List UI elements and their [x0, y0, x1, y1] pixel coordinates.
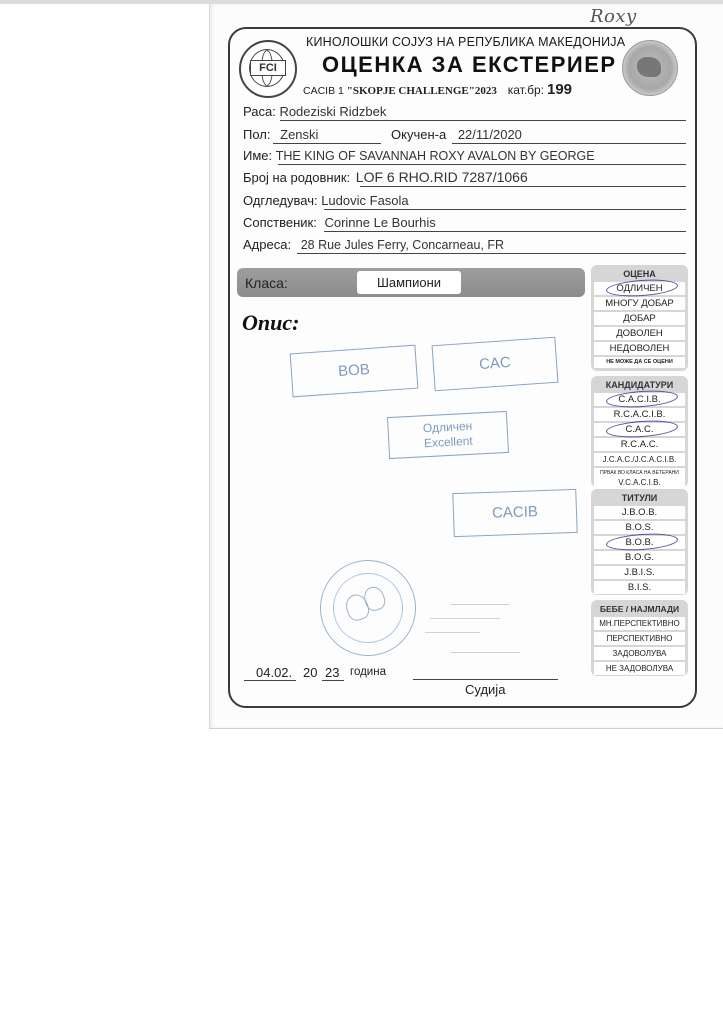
form-title: ОЦЕНКА ЗА ЕКСТЕРИЕР — [322, 52, 617, 78]
born-field: Окучен-а 22/11/2020 — [391, 127, 522, 142]
address-value: 28 Rue Jules Ferry, Concarneau, FR — [301, 238, 504, 252]
organization-name: КИНОЛОШКИ СОЈУЗ НА РЕПУБЛИКА МАКЕДОНИЈА — [306, 35, 625, 49]
candidacies-panel: КАНДИДАТУРИ C.A.C.I.B. R.C.A.C.I.B. C.A.… — [591, 376, 688, 487]
catalog-label: кат.бр: — [508, 83, 544, 97]
name-field: Име: THE KING OF SAVANNAH ROXY AVALON BY… — [243, 148, 595, 163]
show-info: CACIB 1 "SKOPJE CHALLENGE"2023 кат.бр: 1… — [303, 81, 572, 98]
cac-stamp: CAC — [432, 337, 559, 392]
owner-label: Сопственик: — [243, 215, 317, 230]
address-underline — [297, 253, 686, 254]
pedigree-value: LOF 6 RHO.RID 7287/1066 — [356, 169, 528, 185]
title-jbis: J.B.I.S. — [594, 566, 685, 579]
born-label: Окучен-а — [391, 127, 446, 142]
grade-excellent-selected: ОДЛИЧЕН — [594, 282, 685, 295]
excellent-stamp: Одличен Excellent — [387, 411, 509, 459]
fci-logo-icon: FCI — [239, 40, 297, 98]
breed-field: Раса: Rodeziski Ridzbek — [243, 104, 386, 119]
sex-label: Пол: — [243, 127, 271, 142]
bob-stamp: BOB — [290, 345, 419, 398]
pedigree-field: Број на родовник: LOF 6 RHO.RID 7287/106… — [243, 169, 528, 185]
date-day-month: 04.02. — [256, 665, 292, 680]
judge-name-stamp — [420, 596, 530, 666]
cand-veteran: ПРВАК ВО КЛАСА НА ВЕТЕРАНИ V.C.A.C.I.B. — [594, 468, 685, 488]
judge-label: Судија — [465, 682, 505, 697]
baby-satisfactory: ЗАДОВОЛУВА — [594, 647, 685, 660]
sex-value: Zenski — [280, 127, 318, 142]
judge-signature-line — [413, 679, 558, 680]
show-name: "SKOPJE CHALLENGE"2023 — [347, 85, 497, 97]
class-value: Шампиони — [357, 271, 461, 294]
year-underline — [322, 680, 344, 681]
baby-very-promising: МН.ПЕРСПЕКТИВНО — [594, 617, 685, 630]
year-label: година — [350, 666, 386, 678]
babies-panel: БЕБЕ / НАЈМЛАДИ МН.ПЕРСПЕКТИВНО ПЕРСПЕКТ… — [591, 600, 688, 676]
title-bog: B.O.G. — [594, 551, 685, 564]
babies-panel-title: БЕБЕ / НАЈМЛАДИ — [594, 603, 685, 615]
born-underline — [452, 143, 686, 144]
veteran-note: ПРВАК ВО КЛАСА НА ВЕТЕРАНИ — [594, 469, 685, 478]
grade-cannot-be-judged: НЕ МОЖЕ ДА СЕ ОЦЕНИ — [594, 357, 685, 368]
owner-field: Сопственик: Corinne Le Bourhis — [243, 215, 436, 230]
handwritten-note: Roxy — [590, 6, 637, 27]
cacib-stamp: CACIB — [452, 489, 577, 537]
year-suffix: 23 — [325, 665, 339, 680]
description-label: Опис: — [242, 310, 299, 336]
breeder-value: Ludovic Fasola — [321, 193, 408, 208]
breeder-field: Одгледувач: Ludovic Fasola — [243, 193, 409, 208]
pedigree-label: Број на родовник: — [243, 170, 350, 185]
baby-promising: ПЕРСПЕКТИВНО — [594, 632, 685, 645]
owner-value: Corinne Le Bourhis — [324, 215, 435, 230]
grade-sufficient: ДОВОЛЕН — [594, 327, 685, 340]
name-value: THE KING OF SAVANNAH ROXY AVALON BY GEOR… — [276, 149, 595, 163]
titles-panel-title: ТИТУЛИ — [594, 492, 685, 504]
address-field: Адреса: 28 Rue Jules Ferry, Concarneau, … — [243, 237, 504, 252]
breeder-underline — [324, 209, 686, 210]
title-jbob: J.B.O.B. — [594, 506, 685, 519]
born-value: 22/11/2020 — [458, 127, 522, 142]
date-underline — [244, 680, 296, 681]
sex-field: Пол: Zenski — [243, 127, 318, 142]
baby-not-satisfactory: НЕ ЗАДОВОЛУВА — [594, 662, 685, 675]
cand-junior: J.C.A.C./J.C.A.C.I.B. — [594, 453, 685, 466]
grade-panel: ОЦЕНА ОДЛИЧЕН МНОГУ ДОБАР ДОБАР ДОВОЛЕН … — [591, 265, 688, 371]
breeder-label: Одгледувач: — [243, 193, 318, 208]
titles-panel: ТИТУЛИ J.B.O.B. B.O.S. B.O.B. B.O.G. J.B… — [591, 489, 688, 595]
show-prefix: CACIB 1 — [303, 85, 344, 97]
candidacies-panel-title: КАНДИДАТУРИ — [594, 379, 685, 391]
kennel-union-seal-icon — [622, 40, 678, 96]
title-bis: B.I.S. — [594, 581, 685, 594]
catalog-number: 199 — [547, 81, 572, 98]
grade-panel-title: ОЦЕНА — [594, 268, 685, 280]
breed-underline — [280, 120, 686, 121]
pedigree-underline — [360, 186, 686, 187]
cand-cacib-selected: C.A.C.I.B. — [594, 393, 685, 406]
grade-good: ДОБАР — [594, 312, 685, 325]
name-underline — [278, 164, 686, 165]
year-prefix: 20 — [303, 665, 317, 680]
grade-very-good: МНОГУ ДОБАР — [594, 297, 685, 310]
cand-rcac: R.C.A.C. — [594, 438, 685, 451]
cand-rcacib: R.C.A.C.I.B. — [594, 408, 685, 421]
breed-value: Rodeziski Ridzbek — [279, 104, 386, 119]
veteran-item: V.C.A.C.I.B. — [618, 478, 660, 487]
title-bob-selected: B.O.B. — [594, 536, 685, 549]
fci-logo-text: FCI — [250, 60, 286, 76]
address-label: Адреса: — [243, 237, 291, 252]
cand-cac-selected: C.A.C. — [594, 423, 685, 436]
grade-insufficient: НЕДОВОЛЕН — [594, 342, 685, 355]
sex-underline — [273, 143, 381, 144]
name-label: Име: — [243, 148, 272, 163]
breed-label: Раса: — [243, 104, 276, 119]
owner-underline — [324, 231, 686, 232]
class-label: Класа: — [245, 275, 288, 291]
title-bos: B.O.S. — [594, 521, 685, 534]
